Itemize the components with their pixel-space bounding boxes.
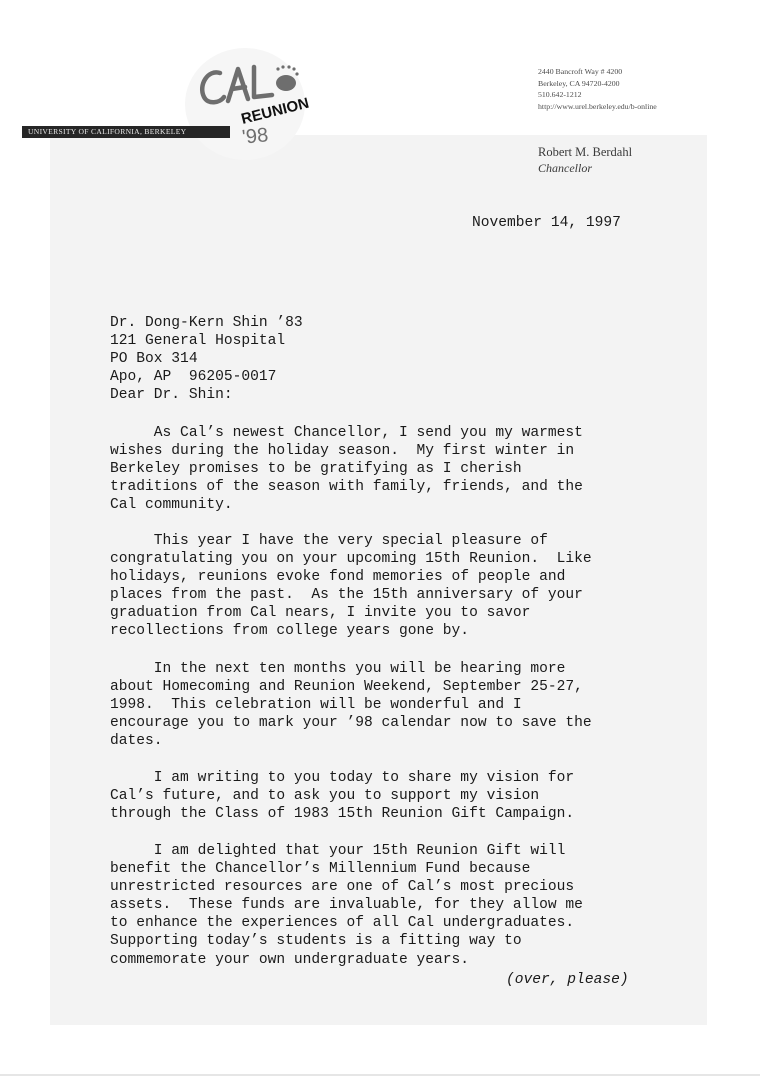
paragraph-line: Cal community. (110, 496, 583, 514)
paragraph-line: Supporting today’s students is a fitting… (110, 932, 583, 950)
paragraph-line: assets. These funds are invaluable, for … (110, 896, 583, 914)
paragraph-line: I am writing to you today to share my vi… (110, 769, 574, 787)
address-url[interactable]: http://www.urel.berkeley.edu/b-online (538, 101, 657, 113)
paragraph-line: through the Class of 1983 15th Reunion G… (110, 805, 574, 823)
paragraph-line: I am delighted that your 15th Reunion Gi… (110, 842, 583, 860)
sender-name: Robert M. Berdahl (538, 144, 632, 160)
paragraph-2: This year I have the very special pleasu… (110, 532, 592, 641)
paragraph-1: As Cal’s newest Chancellor, I send you m… (110, 424, 583, 514)
paragraph-line: places from the past. As the 15th annive… (110, 586, 592, 604)
paragraph-line: As Cal’s newest Chancellor, I send you m… (110, 424, 583, 442)
paragraph-line: This year I have the very special pleasu… (110, 532, 592, 550)
paragraph-4: I am writing to you today to share my vi… (110, 769, 574, 823)
recipient-address: Dr. Dong-Kern Shin ’83 121 General Hospi… (110, 314, 303, 386)
paragraph-line: Berkeley promises to be gratifying as I … (110, 460, 583, 478)
address-street: 2440 Bancroft Way # 4200 (538, 66, 657, 78)
paragraph-line: dates. (110, 732, 592, 750)
recipient-line: Dr. Dong-Kern Shin ’83 (110, 314, 303, 332)
paragraph-line: congratulating you on your upcoming 15th… (110, 550, 592, 568)
paragraph-line: benefit the Chancellor’s Millennium Fund… (110, 860, 583, 878)
paragraph-line: about Homecoming and Reunion Weekend, Se… (110, 678, 592, 696)
paragraph-line: traditions of the season with family, fr… (110, 478, 583, 496)
address-phone: 510.642-1212 (538, 89, 657, 101)
letterhead-address: 2440 Bancroft Way # 4200 Berkeley, CA 94… (538, 66, 657, 112)
recipient-line: Apo, AP 96205-0017 (110, 368, 303, 386)
paragraph-line: Cal’s future, and to ask you to support … (110, 787, 574, 805)
sender-block: Robert M. Berdahl Chancellor (538, 144, 632, 176)
paragraph-line: 1998. This celebration will be wonderful… (110, 696, 592, 714)
paragraph-line: to enhance the experiences of all Cal un… (110, 914, 583, 932)
cal-reunion-98-logo-icon: REUNION '98 (190, 55, 310, 155)
paragraph-3: In the next ten months you will be heari… (110, 660, 592, 750)
sender-title: Chancellor (538, 160, 632, 176)
recipient-line: 121 General Hospital (110, 332, 303, 350)
paragraph-line: recollections from college years gone by… (110, 622, 592, 640)
paragraph-5: I am delighted that your 15th Reunion Gi… (110, 842, 583, 969)
continuation-note: (over, please) (506, 972, 629, 988)
salutation: Dear Dr. Shin: (110, 387, 233, 403)
address-city: Berkeley, CA 94720-4200 (538, 78, 657, 90)
paragraph-line: encourage you to mark your ’98 calendar … (110, 714, 592, 732)
paragraph-line: In the next ten months you will be heari… (110, 660, 592, 678)
paragraph-line: graduation from Cal nears, I invite you … (110, 604, 592, 622)
paragraph-line: holidays, reunions evoke fond memories o… (110, 568, 592, 586)
scan-edge (0, 1074, 760, 1076)
institution-banner: UNIVERSITY OF CALIFORNIA, BERKELEY (22, 126, 230, 138)
paragraph-line: commemorate your own undergraduate years… (110, 951, 583, 969)
paragraph-line: unrestricted resources are one of Cal’s … (110, 878, 583, 896)
recipient-line: PO Box 314 (110, 350, 303, 368)
paragraph-line: wishes during the holiday season. My fir… (110, 442, 583, 460)
logo-year-text: '98 (241, 124, 269, 149)
letter-date: November 14, 1997 (472, 215, 621, 231)
